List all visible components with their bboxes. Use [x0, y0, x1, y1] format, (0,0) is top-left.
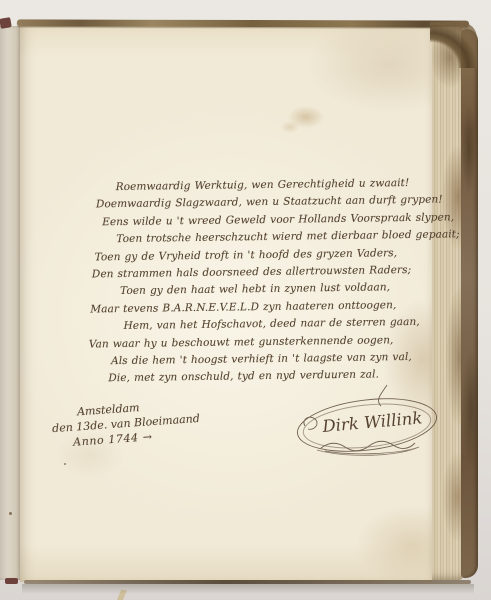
- ink-speck: [9, 512, 12, 515]
- signature-flourish: Dirk Willink: [291, 384, 443, 464]
- spine-edge-bottom: [5, 578, 18, 584]
- book-cover-edge: [461, 29, 478, 578]
- ink-speck: [64, 463, 66, 465]
- manuscript-photo: Roemwaardig Werktuig, wen Gerechtigheid …: [0, 0, 491, 600]
- signature-name: Dirk Willink: [321, 408, 423, 436]
- book-gutter-pages: [0, 26, 22, 580]
- page-deckle-top-edge: [17, 19, 469, 27]
- book-shadow: [22, 584, 474, 594]
- book-corner-top-right: [430, 22, 477, 68]
- handwritten-poem: Roemwaardig Werktuig, wen Gerechtigheid …: [87, 175, 444, 389]
- spine-edge-top: [0, 17, 12, 29]
